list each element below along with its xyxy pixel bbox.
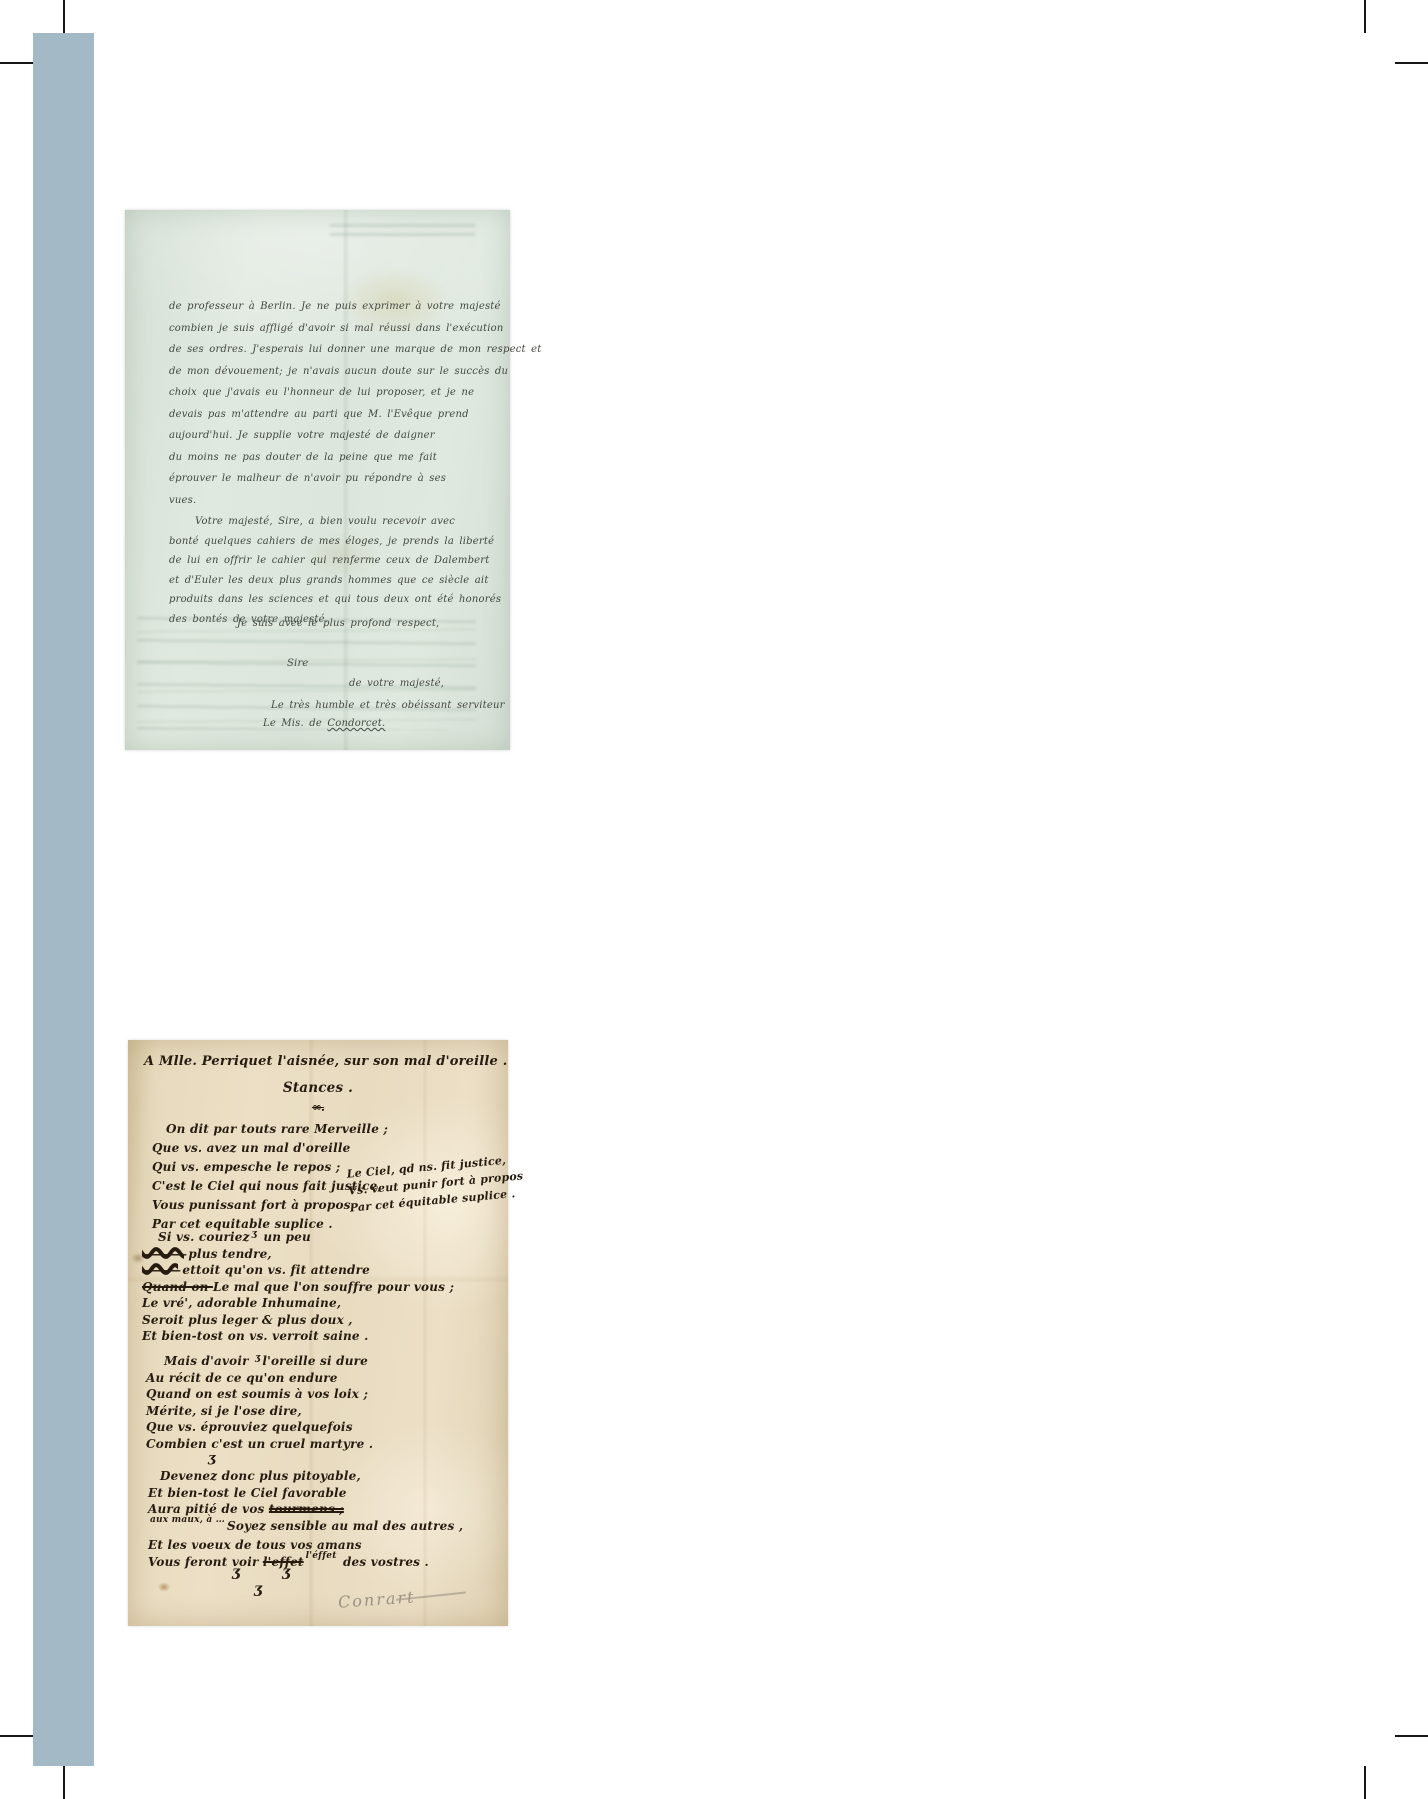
manuscript-line: de professeur à Berlin. Je ne puis expri… <box>169 296 541 318</box>
signature-name: Condorcet. <box>327 718 385 729</box>
poem-line: Et bien-tost on vs. verroit saine . <box>142 1328 454 1345</box>
letter-closing-line: Je suis avec le plus profond respect, <box>237 618 439 629</box>
poem-line: Seroit plus leger & plus doux , <box>142 1312 454 1329</box>
manuscript-line: devais pas m'attendre au parti que M. l'… <box>169 404 541 426</box>
poem-stanza-3: Mais d'avoir ʒl'oreille si dureAu récit … <box>146 1350 373 1452</box>
poem-line: aux maux, à …Soyez sensible au mal des a… <box>148 1518 463 1537</box>
manuscript-line: bonté quelques cahiers de mes éloges, je… <box>169 532 501 552</box>
crop-mark-bottom-left-horizontal <box>0 1735 33 1737</box>
letter-paragraph-1: de professeur à Berlin. Je ne puis expri… <box>169 296 541 511</box>
crop-mark-bottom-right-horizontal <box>1395 1735 1428 1737</box>
poem-stanza-2: Si vs. couriezʒ un peu–––––––––––––– plu… <box>142 1226 454 1345</box>
letter-servant-line: Le très humble et très obéissant servite… <box>271 700 505 711</box>
poem-line: –––––––––––– ettoit qu'on vs. fit attend… <box>142 1262 454 1279</box>
manuscript-line: choix que j'avais eu l'honneur de lui pr… <box>169 382 541 404</box>
crop-mark-top-left-vertical <box>63 0 65 33</box>
manuscript-letter-photo: de professeur à Berlin. Je ne puis expri… <box>125 210 510 750</box>
poem-line: Au récit de ce qu'on endure <box>146 1370 373 1387</box>
letter-salutation: Sire <box>287 658 309 669</box>
sidebar-accent-bar <box>33 33 94 1766</box>
manuscript-line: de mon dévouement; je n'avais aucun dout… <box>169 361 541 383</box>
faint-inscription <box>330 220 475 236</box>
letter-paragraph-2: Votre majesté, Sire, a bien voulu recevo… <box>169 512 501 629</box>
poem-line: Devenez donc plus pitoyable, <box>160 1468 463 1485</box>
poem-line: On dit par touts rare Merveille ; <box>166 1120 388 1139</box>
manuscript-line: de lui en offrir le cahier qui renferme … <box>169 551 501 571</box>
poem-line: Et bien-tost le Ciel favorable <box>148 1485 463 1502</box>
poem-line: Mais d'avoir ʒl'oreille si dure <box>164 1350 373 1370</box>
poem-stanza-4: ʒDevenez donc plus pitoyable,Et bien-tos… <box>148 1450 463 1573</box>
pencil-inscription: Conrart <box>337 1587 416 1611</box>
manuscript-line: vues. <box>169 490 541 512</box>
manuscript-line: aujourd'hui. Je supplie votre majesté de… <box>169 425 541 447</box>
manuscript-poem-photo: A Mlle. Perriquet l'aisnée, sur son mal … <box>128 1040 508 1626</box>
poem-flourish-mark: ∞. <box>128 1100 508 1114</box>
crop-mark-top-right-horizontal <box>1395 62 1428 64</box>
manuscript-line: Votre majesté, Sire, a bien voulu recevo… <box>169 512 501 532</box>
poem-title: A Mlle. Perriquet l'aisnée, sur son mal … <box>144 1054 498 1069</box>
poem-line: Vous feront voir l'effetl'éffet des vost… <box>148 1554 463 1573</box>
signature-prefix: Le Mis. de <box>263 718 327 729</box>
manuscript-line: du moins ne pas douter de la peine que m… <box>169 447 541 469</box>
poem-line: Que vs. éprouviez quelquefois <box>146 1419 373 1436</box>
manuscript-line: produits dans les sciences et qui tous d… <box>169 590 501 610</box>
poem-line: ʒʒ <box>232 1564 290 1581</box>
manuscript-line: combien je suis affligé d'avoir si mal r… <box>169 318 541 340</box>
poem-line: Quand on est soumis à vos loix ; <box>146 1386 373 1403</box>
poem-line: Que vs. avez un mal d'oreille <box>152 1139 388 1158</box>
crop-mark-bottom-right-vertical <box>1364 1766 1366 1799</box>
manuscript-line: éprouver le malheur de n'avoir pu répond… <box>169 468 541 490</box>
manuscript-line: de ses ordres. J'esperais lui donner une… <box>169 339 541 361</box>
poem-line: Le vré', adorable Inhumaine, <box>142 1295 454 1312</box>
poem-line: Quand on Le mal que l'on souffre pour vo… <box>142 1279 454 1296</box>
poem-line: Mérite, si je l'ose dire, <box>146 1403 373 1420</box>
poem-line: Si vs. couriezʒ un peu <box>158 1226 454 1246</box>
crop-mark-top-left-horizontal <box>0 62 33 64</box>
crop-mark-bottom-left-vertical <box>63 1766 65 1799</box>
poem-paraph-marks: ʒʒʒ <box>232 1564 290 1598</box>
poem-line: ʒ <box>148 1450 463 1468</box>
manuscript-line: et d'Euler les deux plus grands hommes q… <box>169 571 501 591</box>
poem-line: –––––––––––––– plus tendre, <box>142 1246 454 1263</box>
letter-majesty-line: de votre majesté, <box>349 678 444 689</box>
crop-mark-top-right-vertical <box>1364 0 1366 33</box>
poem-subtitle: Stances . <box>128 1080 508 1096</box>
letter-signature: Le Mis. de Condorcet. <box>263 718 385 729</box>
poem-line: ʒ <box>232 1581 290 1598</box>
